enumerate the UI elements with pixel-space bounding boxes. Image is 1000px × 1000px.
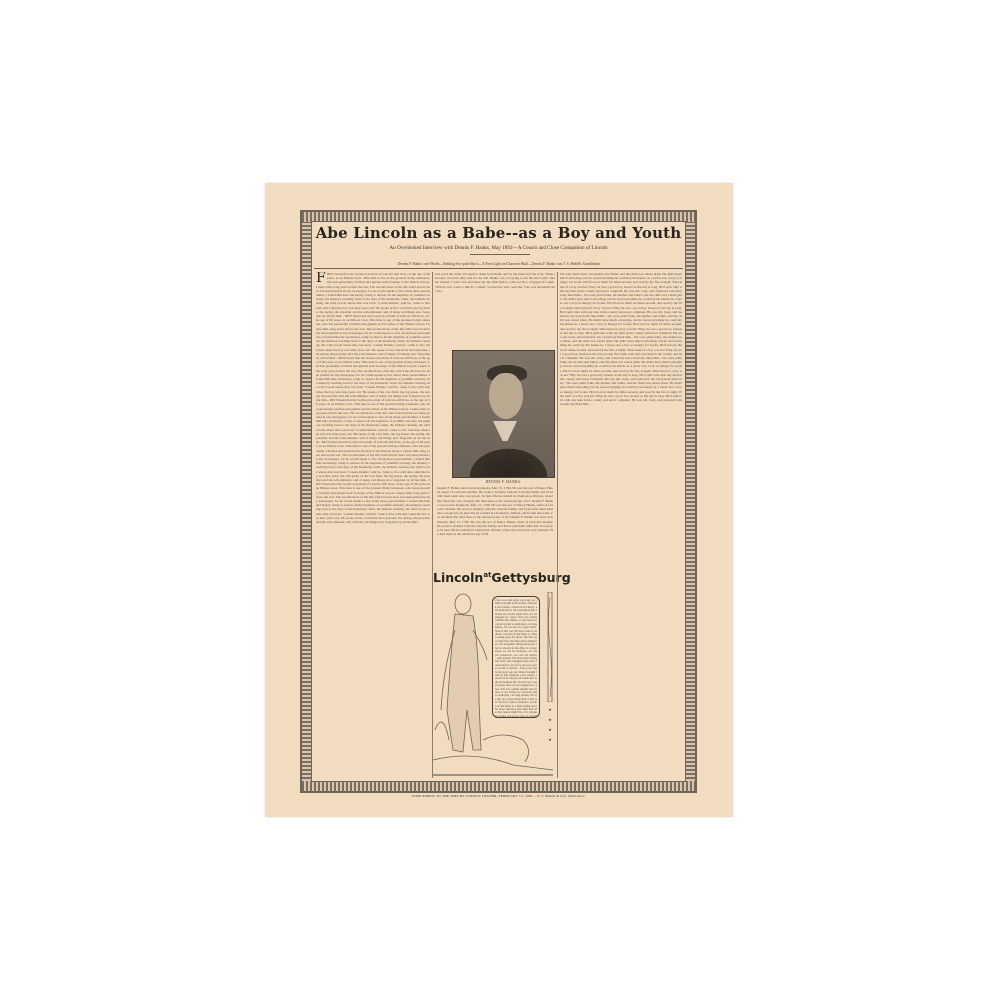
drop-cap: F xyxy=(316,272,326,284)
header-rule xyxy=(314,268,683,269)
inset-title-main: Lincoln xyxy=(433,570,483,585)
footer-publisher-line: SUPPLEMENT TO THE SHELBY COUNTY LEADER, … xyxy=(312,794,685,798)
decorative-column xyxy=(546,592,554,702)
deck-line: Dennis F. Hanks' own Words—Nothing else … xyxy=(316,262,682,266)
column-3-text: We were plain folks, the mother and fath… xyxy=(560,272,682,406)
portrait-face xyxy=(489,373,523,419)
column-2-text: rare good the wells. We used to drink fr… xyxy=(435,272,555,293)
column-rule xyxy=(557,272,558,778)
article-column-2-top: rare good the wells. We used to drink fr… xyxy=(435,272,555,346)
portrait-collar xyxy=(493,421,517,441)
column-1-text: IRST heard that the boyhood portrait of … xyxy=(316,272,430,524)
portrait-bio: Dennis F. Hanks was born in Kentucky, Ma… xyxy=(437,486,553,536)
headline: Abe Lincoln as a Babe--as a Boy and Yout… xyxy=(312,224,685,242)
inset-title-place: Gettysburg xyxy=(491,570,570,585)
ornament-divider xyxy=(470,254,530,255)
article-column-3: We were plain folks, the mother and fath… xyxy=(560,272,682,780)
article-column-1: F IRST heard that the boyhood portrait o… xyxy=(316,272,430,780)
gettysburg-address-text: Four score and seven years ago our fathe… xyxy=(492,596,540,718)
portrait-caption: DENNIS F. HANKS. xyxy=(452,480,555,484)
portrait-dennis-hanks xyxy=(452,350,555,478)
star-ornaments: ★★★★ xyxy=(546,705,554,745)
inset-title: LincolnatGettysburg xyxy=(433,570,555,585)
subheadline: An Overlooked Interview with Dennis F. H… xyxy=(312,245,685,251)
portrait-bio-text: Dennis F. Hanks was born in Kentucky, Ma… xyxy=(437,486,553,560)
